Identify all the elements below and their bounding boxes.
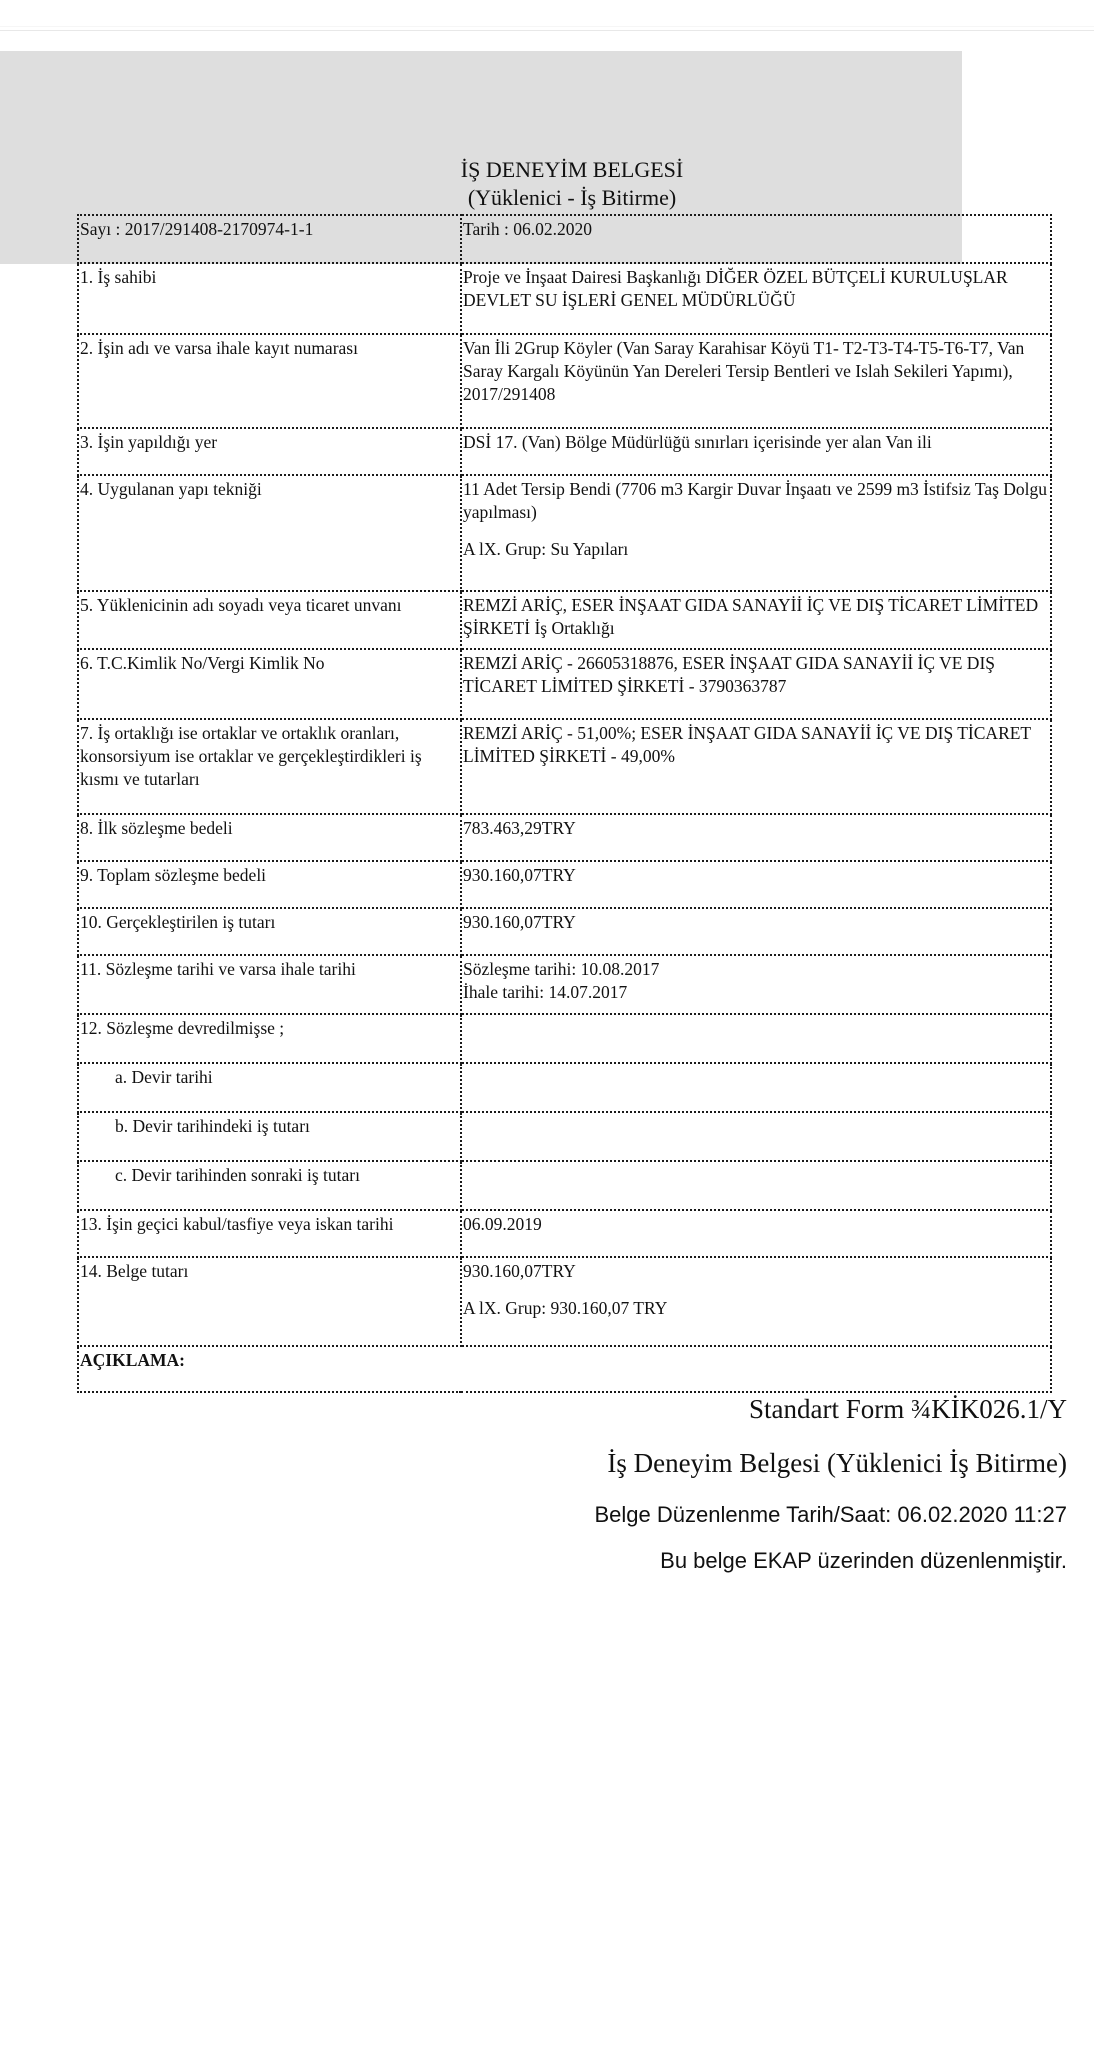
row-label: 3. İşin yapıldığı yer xyxy=(78,428,461,475)
row-label: 2. İşin adı ve varsa ihale kayıt numaras… xyxy=(78,334,461,428)
document-subtitle: (Yüklenici - İş Bitirme) xyxy=(0,184,1094,212)
row-label: 5. Yüklenicinin adı soyadı veya ticaret … xyxy=(78,591,461,649)
row-label: 4. Uygulanan yapı tekniği xyxy=(78,475,461,591)
row-label: 6. T.C.Kimlik No/Vergi Kimlik No xyxy=(78,649,461,719)
row-value-line: A lX. Grup: Su Yapıları xyxy=(463,538,1049,561)
aciklama-row: AÇIKLAMA: xyxy=(78,1346,1051,1392)
row-value-line: Van İli 2Grup Köyler (Van Saray Karahisa… xyxy=(463,337,1049,406)
row-value: 11 Adet Tersip Bendi (7706 m3 Kargir Duv… xyxy=(461,475,1051,591)
row-value-line: 11 Adet Tersip Bendi (7706 m3 Kargir Duv… xyxy=(463,478,1049,524)
row-value xyxy=(461,1014,1051,1063)
document-title: İŞ DENEYİM BELGESİ xyxy=(0,156,1094,184)
tarih-cell: Tarih : 06.02.2020 xyxy=(461,215,1051,263)
row-value-line: A lX. Grup: 930.160,07 TRY xyxy=(463,1297,1049,1320)
row-label: 7. İş ortaklığı ise ortaklar ve ortaklık… xyxy=(78,719,461,814)
row-value-line: 783.463,29TRY xyxy=(463,817,1049,840)
form-code: Standart Form ¾KİK026.1/Y xyxy=(749,1394,1067,1425)
row-value: 06.09.2019 xyxy=(461,1210,1051,1257)
certificate-table: Sayı : 2017/291408-2170974-1-1 Tarih : 0… xyxy=(77,214,1052,1393)
table-row: 11. Sözleşme tarihi ve varsa ihale tarih… xyxy=(78,955,1051,1014)
row-value-line: Proje ve İnşaat Dairesi Başkanlığı DİĞER… xyxy=(463,266,1049,312)
issue-datetime: Belge Düzenlenme Tarih/Saat: 06.02.2020 … xyxy=(594,1502,1067,1528)
row-value: REMZİ ARİÇ, ESER İNŞAAT GIDA SANAYİİ İÇ … xyxy=(461,591,1051,649)
row-label: 9. Toplam sözleşme bedeli xyxy=(78,861,461,908)
table-row: 6. T.C.Kimlik No/Vergi Kimlik NoREMZİ AR… xyxy=(78,649,1051,719)
table-row: 2. İşin adı ve varsa ihale kayıt numaras… xyxy=(78,334,1051,428)
table-row: 3. İşin yapıldığı yerDSİ 17. (Van) Bölge… xyxy=(78,428,1051,475)
table-row: 14. Belge tutarı930.160,07TRYA lX. Grup:… xyxy=(78,1257,1051,1346)
row-value: 783.463,29TRY xyxy=(461,814,1051,861)
row-value-line: 930.160,07TRY xyxy=(463,1260,1049,1283)
table-row: 1. İş sahibiProje ve İnşaat Dairesi Başk… xyxy=(78,263,1051,334)
row-value: 930.160,07TRY xyxy=(461,908,1051,955)
row-value: REMZİ ARİÇ - 51,00%; ESER İNŞAAT GIDA SA… xyxy=(461,719,1051,814)
table-row: 10. Gerçekleştirilen iş tutarı930.160,07… xyxy=(78,908,1051,955)
row-value xyxy=(461,1063,1051,1112)
row-value: Proje ve İnşaat Dairesi Başkanlığı DİĞER… xyxy=(461,263,1051,334)
row-label: 10. Gerçekleştirilen iş tutarı xyxy=(78,908,461,955)
row-value-line: REMZİ ARİÇ, ESER İNŞAAT GIDA SANAYİİ İÇ … xyxy=(463,594,1049,640)
row-label: a. Devir tarihi xyxy=(78,1063,461,1112)
row-value: Van İli 2Grup Köyler (Van Saray Karahisa… xyxy=(461,334,1051,428)
document-title-block: İŞ DENEYİM BELGESİ (Yüklenici - İş Bitir… xyxy=(0,156,1094,212)
row-value-line: DSİ 17. (Van) Bölge Müdürlüğü sınırları … xyxy=(463,431,1049,454)
viewer-top-bar xyxy=(0,0,1094,31)
top-bar-divider xyxy=(0,26,1094,27)
row-value: 930.160,07TRYA lX. Grup: 930.160,07 TRY xyxy=(461,1257,1051,1346)
sayi-cell: Sayı : 2017/291408-2170974-1-1 xyxy=(78,215,461,263)
row-value-line: REMZİ ARİÇ - 26605318876, ESER İNŞAAT GI… xyxy=(463,652,1049,698)
row-value-line: REMZİ ARİÇ - 51,00%; ESER İNŞAAT GIDA SA… xyxy=(463,722,1049,768)
table-row: 8. İlk sözleşme bedeli783.463,29TRY xyxy=(78,814,1051,861)
table-row: 7. İş ortaklığı ise ortaklar ve ortaklık… xyxy=(78,719,1051,814)
row-value xyxy=(461,1112,1051,1161)
row-value-line: 06.09.2019 xyxy=(463,1213,1049,1236)
table-row: c. Devir tarihinden sonraki iş tutarı xyxy=(78,1161,1051,1210)
row-value: DSİ 17. (Van) Bölge Müdürlüğü sınırları … xyxy=(461,428,1051,475)
table-row: 13. İşin geçici kabul/tasfiye veya iskan… xyxy=(78,1210,1051,1257)
row-value-line: 930.160,07TRY xyxy=(463,911,1049,934)
row-value: Sözleşme tarihi: 10.08.2017İhale tarihi:… xyxy=(461,955,1051,1014)
row-value: 930.160,07TRY xyxy=(461,861,1051,908)
row-label: 13. İşin geçici kabul/tasfiye veya iskan… xyxy=(78,1210,461,1257)
table-row: 4. Uygulanan yapı tekniği11 Adet Tersip … xyxy=(78,475,1051,591)
header-row: Sayı : 2017/291408-2170974-1-1 Tarih : 0… xyxy=(78,215,1051,263)
row-value-line: Sözleşme tarihi: 10.08.2017 xyxy=(463,958,1049,981)
row-value xyxy=(461,1161,1051,1210)
table-row: 9. Toplam sözleşme bedeli930.160,07TRY xyxy=(78,861,1051,908)
table-row: 5. Yüklenicinin adı soyadı veya ticaret … xyxy=(78,591,1051,649)
ekap-note: Bu belge EKAP üzerinden düzenlenmiştir. xyxy=(660,1548,1067,1574)
row-label: b. Devir tarihindeki iş tutarı xyxy=(78,1112,461,1161)
row-label: 1. İş sahibi xyxy=(78,263,461,334)
row-label: 8. İlk sözleşme bedeli xyxy=(78,814,461,861)
table-row: a. Devir tarihi xyxy=(78,1063,1051,1112)
aciklama-label: AÇIKLAMA: xyxy=(78,1346,1051,1392)
row-value-line: 930.160,07TRY xyxy=(463,864,1049,887)
row-value-line: İhale tarihi: 14.07.2017 xyxy=(463,981,1049,1004)
row-label: c. Devir tarihinden sonraki iş tutarı xyxy=(78,1161,461,1210)
form-name: İş Deneyim Belgesi (Yüklenici İş Bitirme… xyxy=(607,1448,1067,1479)
table-row: b. Devir tarihindeki iş tutarı xyxy=(78,1112,1051,1161)
row-value: REMZİ ARİÇ - 26605318876, ESER İNŞAAT GI… xyxy=(461,649,1051,719)
row-label: 14. Belge tutarı xyxy=(78,1257,461,1346)
table-row: 12. Sözleşme devredilmişse ; xyxy=(78,1014,1051,1063)
row-label: 11. Sözleşme tarihi ve varsa ihale tarih… xyxy=(78,955,461,1014)
row-label: 12. Sözleşme devredilmişse ; xyxy=(78,1014,461,1063)
